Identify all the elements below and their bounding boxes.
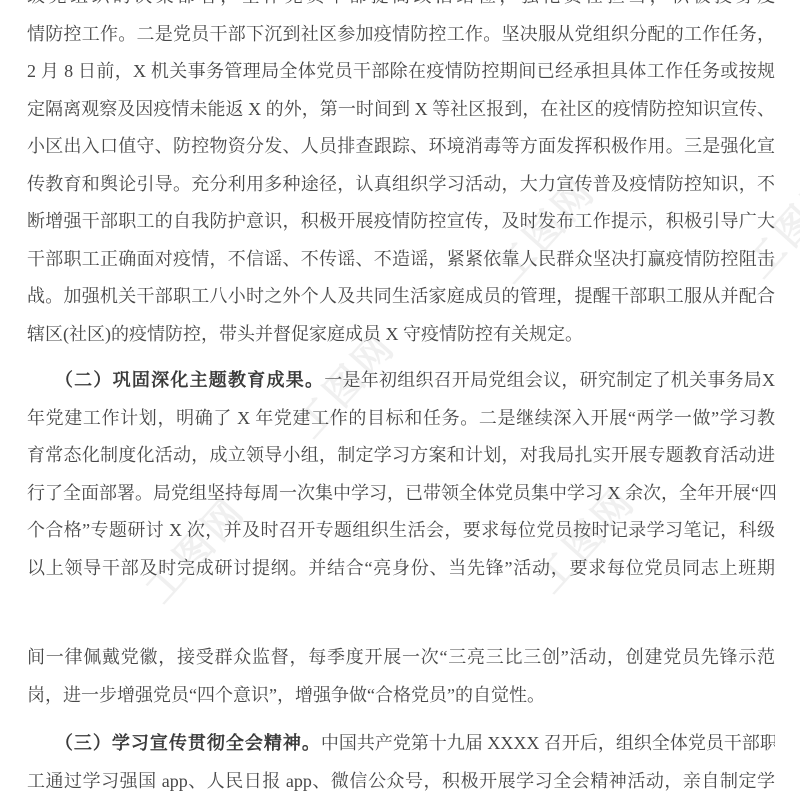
clipped-line: 级党组织的决策部署，全体党员干部提高政治站位，强化责任担当，积极投身疫: [27, 0, 775, 16]
text-line: 情防控工作。二是党员干部下沉到社区参加疫情防控工作。坚决服从党组织分配的工作任务…: [27, 16, 775, 54]
text-line: 岗，进一步增强党员“四个意识”，增强争做“合格党员”的自觉性。: [27, 677, 775, 715]
text-line: 工通过学习强国 app、人民日报 app、微信公众号，积极开展学习全会精神活动，…: [27, 763, 775, 800]
paragraph-3-first-line: （三）学习宣传贯彻全会精神。中国共产党第十九届 XXXX 召开后，组织全体党员干…: [27, 725, 775, 763]
paragraph-1: 情防控工作。二是党员干部下沉到社区参加疫情防控工作。坚决服从党组织分配的工作任务…: [27, 16, 775, 354]
paragraph-3: （三）学习宣传贯彻全会精神。中国共产党第十九届 XXXX 召开后，组织全体党员干…: [27, 725, 775, 800]
page-break-gap: [27, 587, 775, 639]
text-line: 定隔离观察及因疫情未能返 X 的外，第一时间到 X 等社区报到，在社区的疫情防控…: [27, 91, 775, 129]
document-page: 工图网 工图网 工图网 工图网 工图网 级党组织的决策部署，全体党员干部提高政治…: [0, 0, 800, 800]
text-line: 辖区(社区)的疫情防控，带头并督促家庭成员 X 守疫情防控有关规定。: [27, 316, 775, 354]
paragraph-2-heading: （二）巩固深化主题教育成果。: [55, 370, 324, 390]
text-line: 行了全面部署。局党组坚持每周一次集中学习，已带领全体党员集中学习 X 余次，全年…: [27, 475, 775, 513]
text-line: 育常态化制度化活动，成立领导小组，制定学习方案和计划，对我局扎实开展专题教育活动…: [27, 437, 775, 475]
text-line: 间一律佩戴党徽，接受群众监督，每季度开展一次“三亮三比三创”活动，创建党员先锋示…: [27, 639, 775, 677]
paragraph-2: （二）巩固深化主题教育成果。一是年初组织召开局党组会议，研究制定了机关事务局X …: [27, 362, 775, 714]
text-line: 个合格”专题研讨 X 次，并及时召开专题组织生活会，要求每位党员按时记录学习笔记…: [27, 512, 775, 550]
text-line: 战。加强机关干部职工八小时之外个人及共同生活家庭成员的管理，提醒干部职工服从并配…: [27, 278, 775, 316]
paragraph-2-first-line: （二）巩固深化主题教育成果。一是年初组织召开局党组会议，研究制定了机关事务局X: [27, 362, 775, 400]
paragraph-2-first-line-rest: 一是年初组织召开局党组会议，研究制定了机关事务局X: [324, 370, 775, 390]
text-line: 2 月 8 日前，X 机关事务管理局全体党员干部除在疫情防控期间已经承担具体工作…: [27, 53, 775, 91]
text-line: 小区出入口值守、防控物资分发、人员排查跟踪、环境消毒等方面发挥积极作用。三是强化…: [27, 128, 775, 166]
document-body: 级党组织的决策部署，全体党员干部提高政治站位，强化责任担当，积极投身疫 情防控工…: [0, 0, 800, 800]
paragraph-3-first-line-rest: 中国共产党第十九届 XXXX 召开后，组织全体党员干部职: [321, 733, 775, 753]
paragraph-3-heading: （三）学习宣传贯彻全会精神。: [55, 733, 321, 753]
text-line: 以上领导干部及时完成研讨提纲。并结合“亮身份、当先锋”活动，要求每位党员同志上班…: [27, 550, 775, 588]
text-line: 年党建工作计划，明确了 X 年党建工作的目标和任务。二是继续深入开展“两学一做”…: [27, 400, 775, 438]
text-line: 干部职工正确面对疫情，不信谣、不传谣、不造谣，紧紧依靠人民群众坚决打赢疫情防控阻…: [27, 241, 775, 279]
text-line: 传教育和舆论引导。充分利用多种途径，认真组织学习活动，大力宣传普及疫情防控知识，…: [27, 166, 775, 204]
text-line: 断增强干部职工的自我防护意识，积极开展疫情防控宣传，及时发布工作提示，积极引导广…: [27, 203, 775, 241]
